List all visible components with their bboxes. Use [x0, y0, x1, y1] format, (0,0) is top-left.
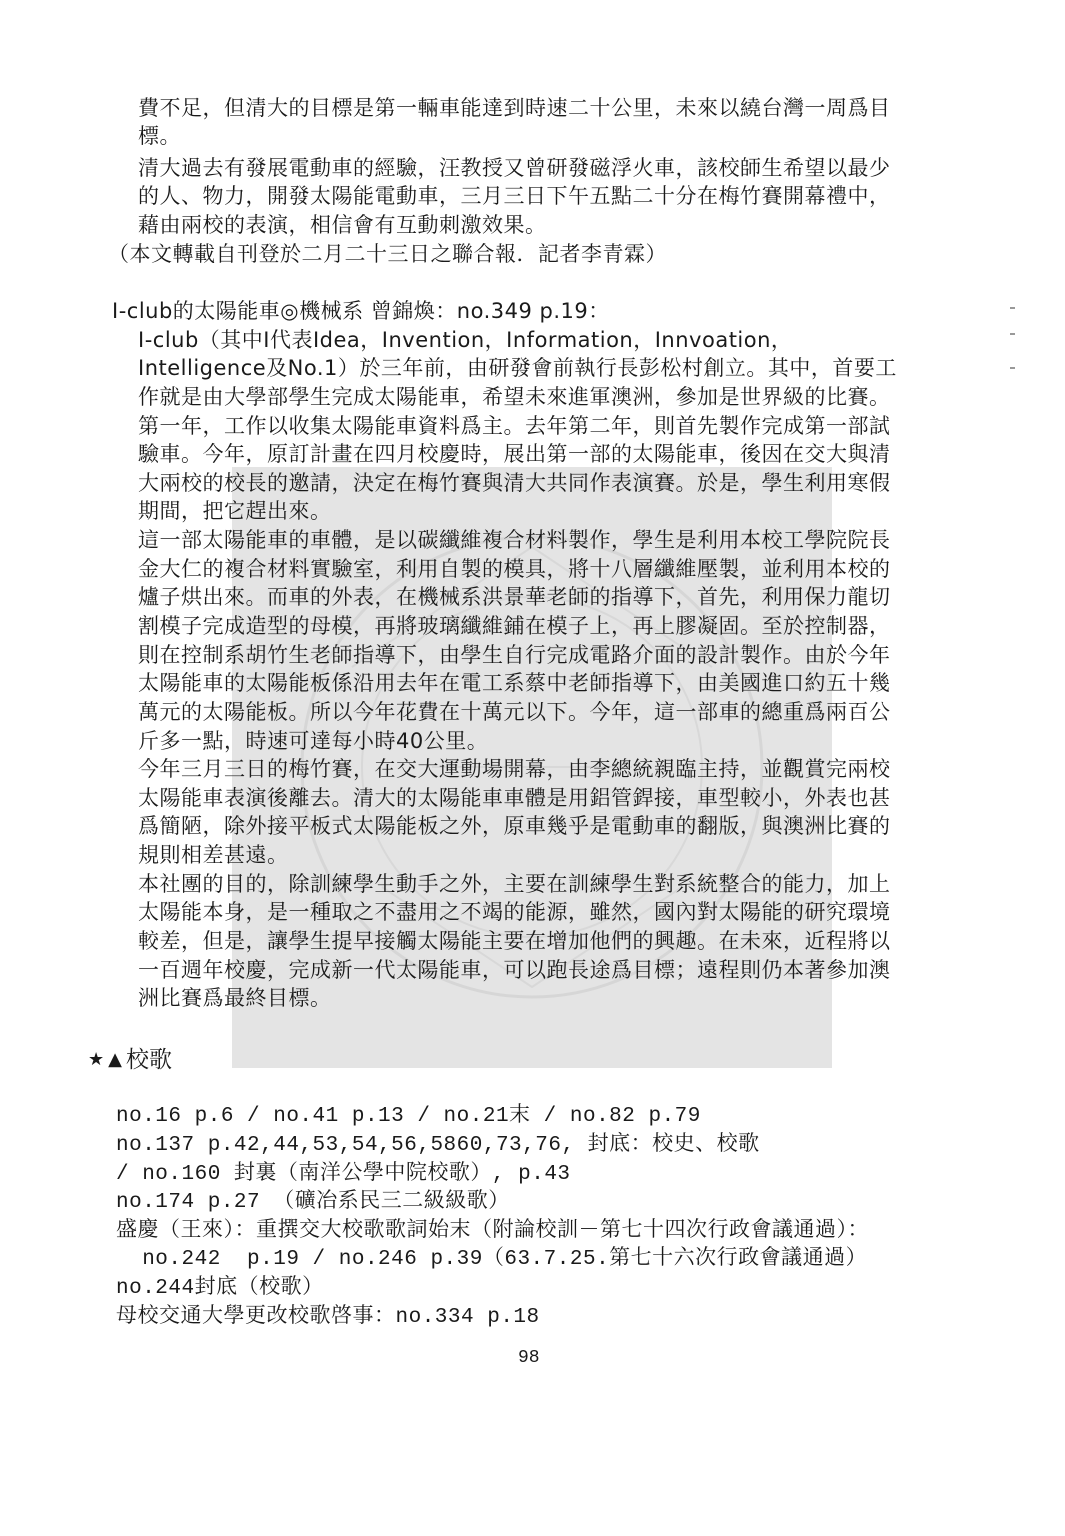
text-line: 期間，把它趕出來。 [138, 497, 332, 525]
text-line: 斤多一點，時速可達每小時40公里。 [138, 727, 488, 755]
reference-line: 盛慶（王來）：重撰交大校歌歌詞始末（附論校訓－第七十四次行政會議通過）： [116, 1218, 869, 1246]
reference-line: no.244封底（校歌） [116, 1275, 324, 1303]
star-icon: ★ [88, 1045, 104, 1075]
text-line: 太陽能車表演後離去。清大的太陽能車車體是用鋁管銲接，車型較小，外表也甚 [138, 784, 891, 812]
reference-line: 母校交通大學更改校歌啓事：no.334 p.18 [116, 1304, 540, 1332]
section-heading-school-song: ★ ▲ 校歌 [88, 1045, 172, 1075]
text-line: 費不足，但清大的目標是第一輛車能達到時速二十公里，未來以繞台灣一周爲目 [138, 94, 891, 122]
margin-mark [1010, 333, 1015, 335]
text-line: 大兩校的校長的邀請，決定在梅竹賽與清大共同作表演賽。於是，學生利用寒假 [138, 469, 891, 497]
margin-mark [1010, 307, 1015, 309]
triangle-icon: ▲ [108, 1045, 122, 1075]
text-line: 藉由兩校的表演，相信會有互動刺激效果。 [138, 211, 547, 239]
text-line: Intelligence及No.1）於三年前，由研發會前執行長彭松村創立。其中，… [138, 354, 897, 382]
text-line: 本社團的目的，除訓練學生動手之外，主要在訓練學生對系統整合的能力，加上 [138, 870, 891, 898]
text-line: 金大仁的複合材料實驗室，利用自製的模具，將十八層纖維壓製，並利用本校的 [138, 555, 891, 583]
reference-line: no.16 p.6 / no.41 p.13 / no.21末 / no.82 … [116, 1103, 701, 1131]
article-title: I-club的太陽能車◎機械系 曾錦煥：no.349 p.19： [112, 297, 610, 325]
text-line: 洲比賽爲最終目標。 [138, 984, 332, 1012]
text-line: 清大過去有發展電動車的經驗，汪教授又曾研發磁浮火車，該校師生希望以最少 [138, 154, 891, 182]
text-line: 這一部太陽能車的車體，是以碳纖維複合材料製作，學生是利用本校工學院院長 [138, 526, 891, 554]
source-note: （本文轉載自刊登於二月二十三日之聯合報．記者李青霖） [108, 240, 667, 268]
text-line: 標。 [138, 122, 181, 150]
section-heading-label: 校歌 [126, 1045, 172, 1075]
text-line: 作就是由大學部學生完成太陽能車，希望未來進軍澳洲，參加是世界級的比賽。 [138, 383, 891, 411]
reference-line: no.242 p.19 / no.246 p.39（63.7.25.第七十六次行… [116, 1246, 867, 1274]
text-line: 一百週年校慶，完成新一代太陽能車，可以跑長途爲目標；遠程則仍本著參加澳 [138, 956, 891, 984]
text-line: 爐子烘出來。而車的外表，在機械系洪景華老師的指導下，首先，利用保力龍切 [138, 583, 891, 611]
text-line: 規則相差甚遠。 [138, 841, 289, 869]
text-line: 驗車。今年，原訂計畫在四月校慶時，展出第一部的太陽能車，後因在交大與清 [138, 440, 891, 468]
text-line: 萬元的太陽能板。所以今年花費在十萬元以下。今年，這一部車的總重爲兩百公 [138, 698, 891, 726]
document-page: 費不足，但清大的目標是第一輛車能達到時速二十公里，未來以繞台灣一周爲目 標。 清… [0, 0, 1065, 1536]
text-line: 割模子完成造型的母模，再將玻璃纖維鋪在模子上，再上膠凝固。至於控制器， [138, 612, 891, 640]
text-line: 今年三月三日的梅竹賽，在交大運動場開幕，由李總統親臨主持，並觀賞完兩校 [138, 755, 891, 783]
text-line: 的人、物力，開發太陽能電動車，三月三日下午五點二十分在梅竹賽開幕禮中， [138, 182, 891, 210]
reference-line: / no.160 封裏（南洋公學中院校歌）, p.43 [116, 1161, 571, 1189]
text-line: I-club（其中I代表Idea，Invention，Information，I… [138, 326, 792, 354]
text-line: 第一年，工作以收集太陽能車資料爲主。去年第二年，則首先製作完成第一部試 [138, 412, 891, 440]
text-line: 太陽能車的太陽能板係沿用去年在電工系蔡中老師指導下，由美國進口約五十幾 [138, 669, 891, 697]
reference-line: no.137 p.42,44,53,54,56,5860,73,76, 封底：校… [116, 1132, 760, 1160]
text-line: 則在控制系胡竹生老師指導下，由學生自行完成電路介面的設計製作。由於今年 [138, 641, 891, 669]
text-line: 爲簡陋，除外接平板式太陽能板之外，原車幾乎是電動車的翻版，與澳洲比賽的 [138, 812, 891, 840]
text-line: 太陽能本身，是一種取之不盡用之不竭的能源，雖然，國內對太陽能的研究環境 [138, 898, 891, 926]
reference-line: no.174 p.27 （礦冶系民三二級級歌） [116, 1189, 510, 1217]
page-number: 98 [518, 1348, 540, 1368]
text-line: 較差，但是，讓學生提早接觸太陽能主要在增加他們的興趣。在未來，近程將以 [138, 927, 891, 955]
margin-mark [1010, 367, 1015, 369]
